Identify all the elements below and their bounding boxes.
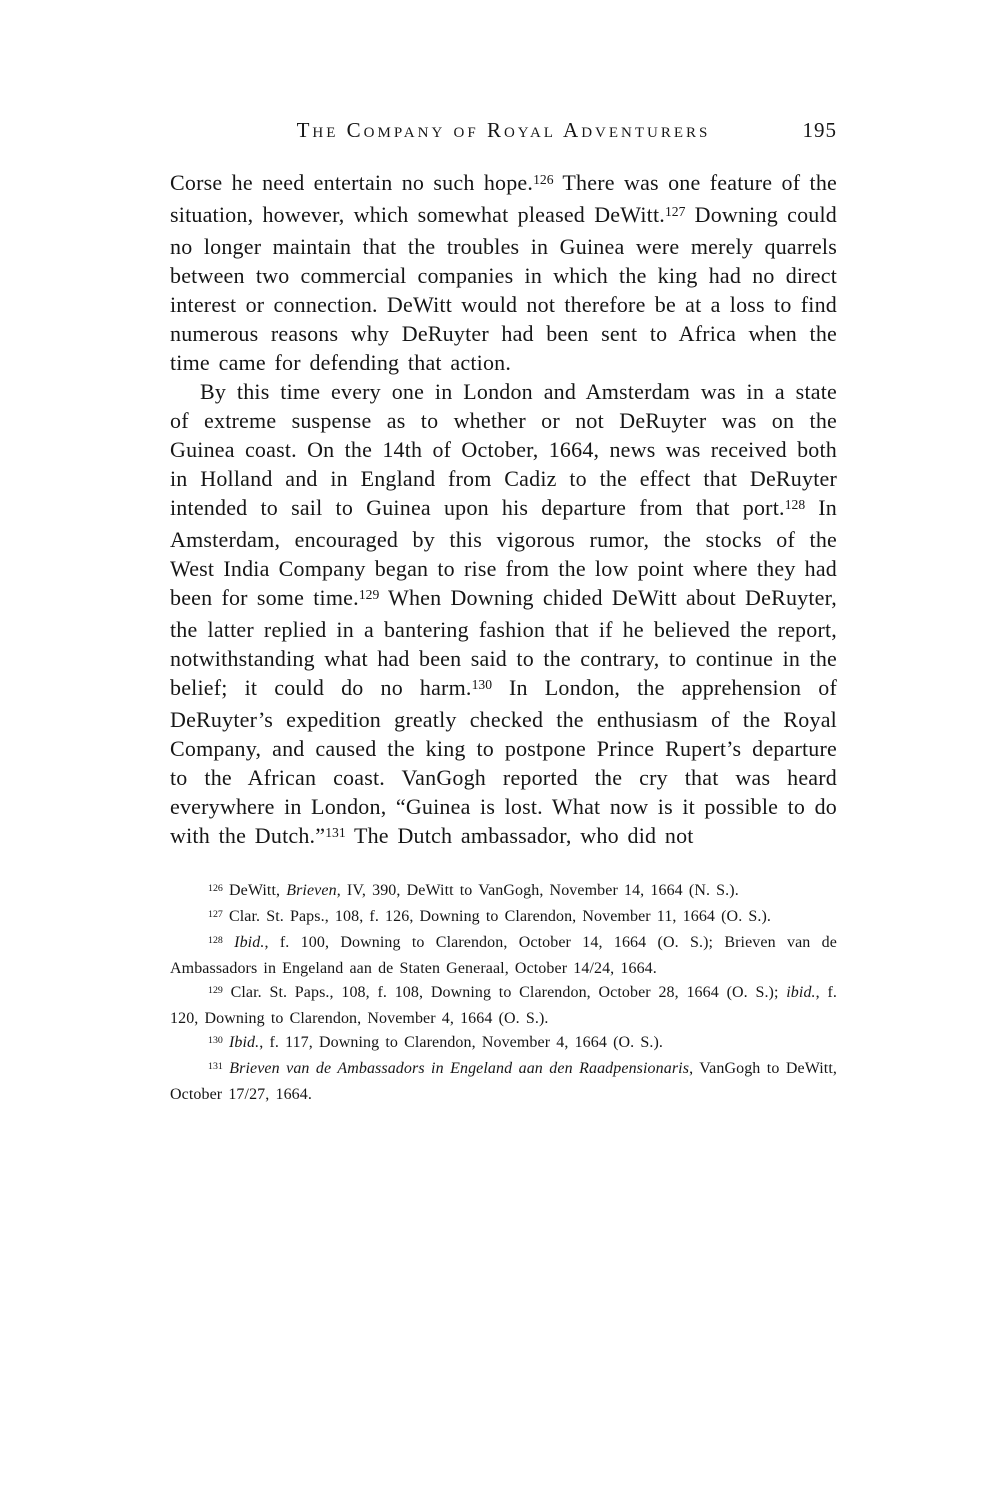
text-segment: Downing could no longer maintain that th… [170, 202, 837, 375]
footnote-ref: 129 [359, 587, 379, 602]
footnotes-section: 126 DeWitt, Brieven, IV, 390, DeWitt to … [170, 879, 837, 1107]
footnote: 131 Brieven van de Ambassadors in Engela… [170, 1057, 837, 1107]
text-segment: Brieven [286, 882, 336, 899]
footnote-number: 130 [208, 1035, 223, 1046]
footnote: 129 Clar. St. Paps., 108, f. 108, Downin… [170, 981, 837, 1031]
footnote-ref: 130 [472, 677, 492, 692]
text-segment: By this time every one in London and Ams… [170, 379, 837, 520]
text-segment: , f. 117, Downing to Clarendon, November… [259, 1034, 663, 1051]
footnote-number: 129 [208, 985, 223, 996]
scanned-book-page: The Company of Royal Adventurers 195 Cor… [0, 0, 1000, 1485]
footnote: 130 Ibid., f. 117, Downing to Clarendon,… [170, 1031, 837, 1057]
text-segment: ibid. [786, 984, 815, 1001]
text-segment: DeWitt, [229, 882, 286, 899]
footnote: 128 Ibid., f. 100, Downing to Clarendon,… [170, 931, 837, 981]
footnote-ref: 131 [325, 825, 345, 840]
body-text: Corse he need entertain no such hope.126… [170, 168, 837, 853]
footnote-ref: 127 [665, 204, 685, 219]
page-number: 195 [803, 118, 838, 143]
footnote-number: 127 [208, 909, 223, 920]
text-segment: Clar. St. Paps., 108, f. 126, Downing to… [229, 908, 771, 925]
paragraph: Corse he need entertain no such hope.126… [170, 168, 837, 377]
text-segment: The Dutch ambassador, who did not [346, 823, 694, 848]
footnote-ref: 128 [785, 497, 805, 512]
text-segment: Brieven van de Ambassadors in Engeland a… [229, 1060, 689, 1077]
paragraph: By this time every one in London and Ams… [170, 377, 837, 853]
footnote-number: 131 [208, 1061, 223, 1072]
footnote: 127 Clar. St. Paps., 108, f. 126, Downin… [170, 905, 837, 931]
running-title: The Company of Royal Adventurers [297, 118, 711, 142]
text-segment: , f. 100, Downing to Clarendon, October … [170, 934, 837, 977]
text-segment: Ibid. [234, 934, 264, 951]
footnote-number: 126 [208, 883, 223, 894]
footnote-number: 128 [208, 935, 223, 946]
footnote: 126 DeWitt, Brieven, IV, 390, DeWitt to … [170, 879, 837, 905]
text-segment: Corse he need entertain no such hope. [170, 170, 533, 195]
text-segment: , IV, 390, DeWitt to VanGogh, November 1… [337, 882, 739, 899]
text-segment: Ibid. [229, 1034, 259, 1051]
footnote-ref: 126 [533, 172, 553, 187]
page-content: The Company of Royal Adventurers 195 Cor… [170, 118, 837, 1107]
page-header: The Company of Royal Adventurers 195 [170, 118, 837, 146]
text-segment: Clar. St. Paps., 108, f. 108, Downing to… [231, 984, 787, 1001]
